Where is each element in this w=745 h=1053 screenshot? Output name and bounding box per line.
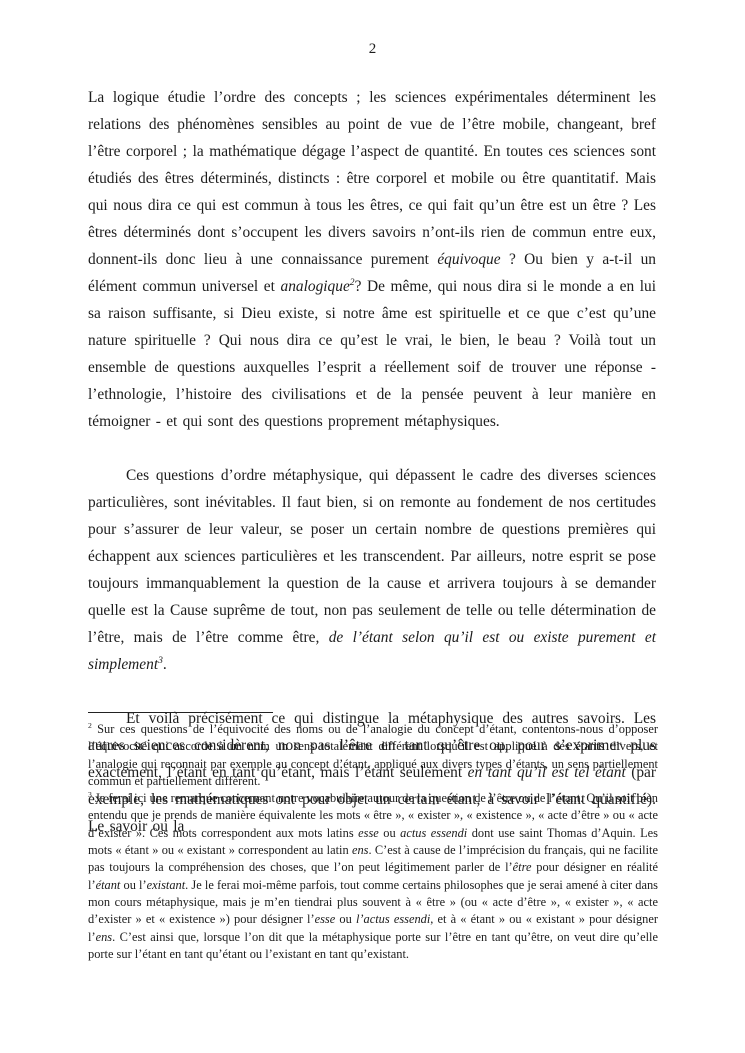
footnotes-section: 2 Sur ces questions de l’équivocité des … [88, 712, 658, 963]
body-paragraph-2: Ces questions d’ordre métaphysique, qui … [88, 462, 656, 678]
footnote-separator [88, 712, 273, 713]
document-page: 2 La logique étudie l’ordre des concepts… [0, 0, 745, 1053]
footnote-2: 2 Sur ces questions de l’équivocité des … [88, 721, 658, 790]
body-paragraph-1: La logique étudie l’ordre des concepts ;… [88, 84, 656, 435]
page-number: 2 [0, 40, 745, 58]
footnote-3: 3 Je ferai ici une remarque concernant n… [88, 790, 658, 963]
